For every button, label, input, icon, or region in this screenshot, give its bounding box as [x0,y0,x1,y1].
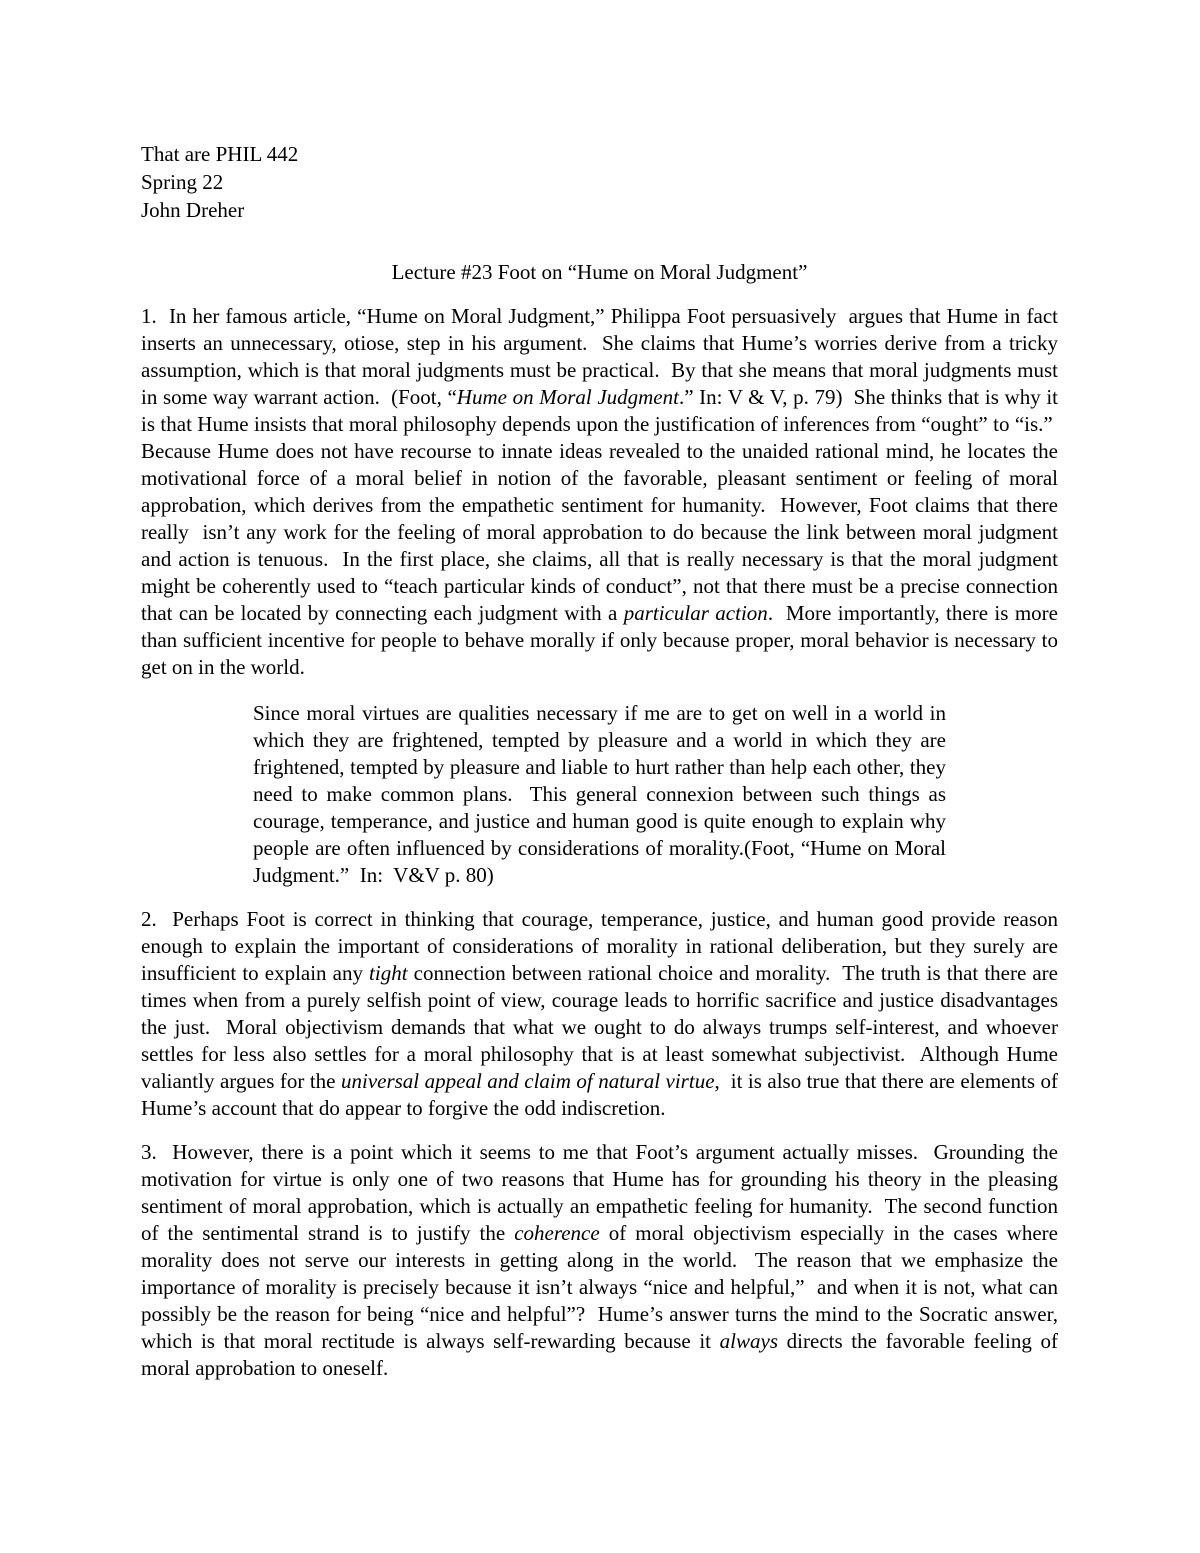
document-page: That are PHIL 442 Spring 22 John Dreher … [0,0,1200,1553]
lecture-title: Lecture #23 Foot on “Hume on Moral Judgm… [141,258,1058,286]
text-run: Since moral virtues are qualities necess… [253,701,946,887]
italic-text-run: always [720,1329,778,1353]
header-line-author: John Dreher [141,196,1058,224]
paragraph-1: 1. In her famous article, “Hume on Moral… [141,303,1058,681]
paragraph-2: 2. Perhaps Foot is correct in thinking t… [141,906,1058,1122]
header-line-term: Spring 22 [141,168,1058,196]
italic-text-run: Hume on Moral Judgment [457,385,679,409]
header-line-course: That are PHIL 442 [141,140,1058,168]
italic-text-run: universal appeal and claim of natural vi… [341,1069,715,1093]
paragraph-3: 3. However, there is a point which it se… [141,1139,1058,1382]
block-quote: Since moral virtues are qualities necess… [253,700,946,889]
document-content: That are PHIL 442 Spring 22 John Dreher … [0,0,1200,1382]
document-header: That are PHIL 442 Spring 22 John Dreher [141,140,1058,224]
italic-text-run: tight [369,961,408,985]
italic-text-run: particular action [624,601,768,625]
text-run: .” In: V & V, p. 79) She thinks that is … [141,385,1058,625]
italic-text-run: coherence [514,1221,600,1245]
